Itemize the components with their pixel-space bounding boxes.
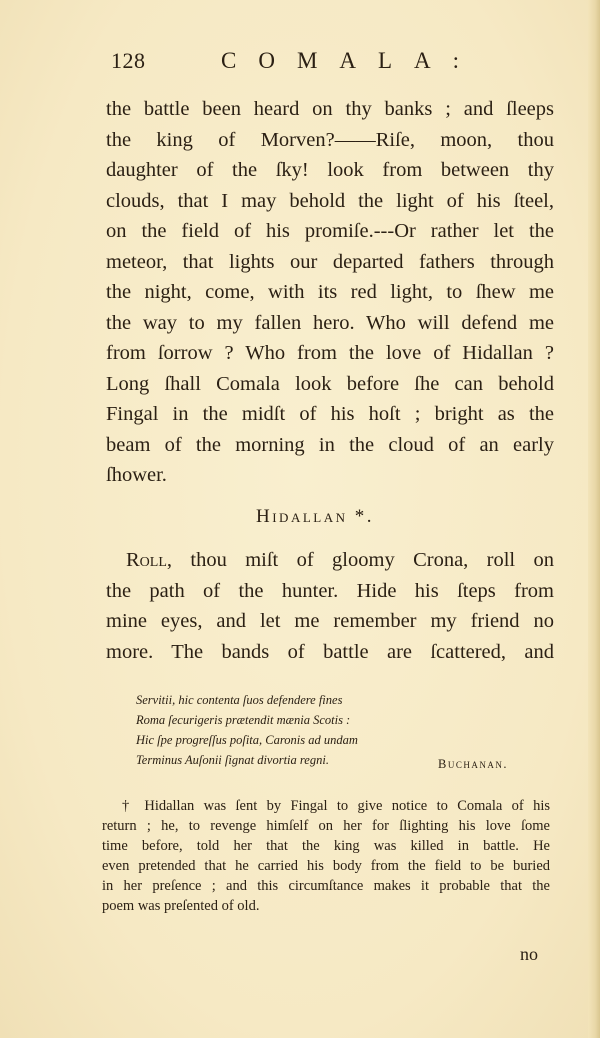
text-line: the night, come, with its red light, to … [106, 277, 554, 308]
catchword: no [520, 944, 538, 965]
book-page: 128 COMALA: the battle been heard on thy… [0, 0, 600, 1038]
text-line: ſhower. [106, 460, 554, 491]
text-line: in her preſence ; and this circumſtance … [102, 876, 550, 896]
text-line: the battle been heard on thy banks ; and… [106, 94, 554, 125]
text-line: clouds, that I may behold the light of h… [106, 186, 554, 217]
text-line: beam of the morning in the cloud of an e… [106, 430, 554, 461]
text-line: mine eyes, and let me remember my friend… [106, 606, 554, 637]
text-line: time before, told her that the king was … [102, 836, 550, 856]
text-line: † Hidallan was ſent by Fingal to give no… [102, 796, 550, 816]
text-fragment: Hidallan was ſent by Fingal to give noti… [144, 798, 550, 814]
section-body: Roll, thou miſt of gloomy Crona, roll on… [106, 545, 554, 667]
page-number: 128 [111, 48, 146, 74]
text-line: even pretended that he carried his body … [102, 856, 550, 876]
text-line: more. The bands of battle are ſcattered,… [106, 637, 554, 668]
text-line: the way to my fallen hero. Who will defe… [106, 308, 554, 339]
section-heading: Hidallan *. [0, 506, 600, 528]
text-line: return ; he, to revenge himſelf on her f… [102, 816, 550, 836]
text-line: on the field of his promiſe.---Or rather… [106, 216, 554, 247]
text-line: Long ſhall Comala look before ſhe can be… [106, 369, 554, 400]
page-header: 128 COMALA: [111, 48, 551, 78]
text-line: daughter of the ſky! look from between t… [106, 155, 554, 186]
text-line: Roll, thou miſt of gloomy Crona, roll on [106, 545, 554, 576]
text-fragment: , thou miſt of gloomy Crona, roll on [167, 549, 554, 571]
text-line: the path of the hunter. Hide his ſteps f… [106, 576, 554, 607]
text-line: the king of Morven?——Riſe, moon, thou [106, 125, 554, 156]
body-text: the battle been heard on thy banks ; and… [106, 94, 554, 491]
verse-line: Roma ſecurigeris prætendit mænia Scotis … [136, 710, 516, 730]
text-line: meteor, that lights our departed fathers… [106, 247, 554, 278]
dagger-marker: † [122, 798, 135, 814]
running-title: COMALA: [221, 48, 481, 74]
drop-word: Roll [126, 549, 167, 571]
text-line: from ſorrow ? Who from the love of Hidal… [106, 338, 554, 369]
verse-attribution: Buchanan. [438, 757, 508, 772]
footnote: † Hidallan was ſent by Fingal to give no… [102, 796, 550, 916]
text-line: Fingal in the midſt of his hoſt ; bright… [106, 399, 554, 430]
verse-line: Servitii, hic contenta ſuos defendere fi… [136, 690, 516, 710]
verse-line: Hic ſpe progreſſus poſita, Caronis ad un… [136, 730, 516, 750]
text-line: poem was preſented of old. [102, 896, 550, 916]
